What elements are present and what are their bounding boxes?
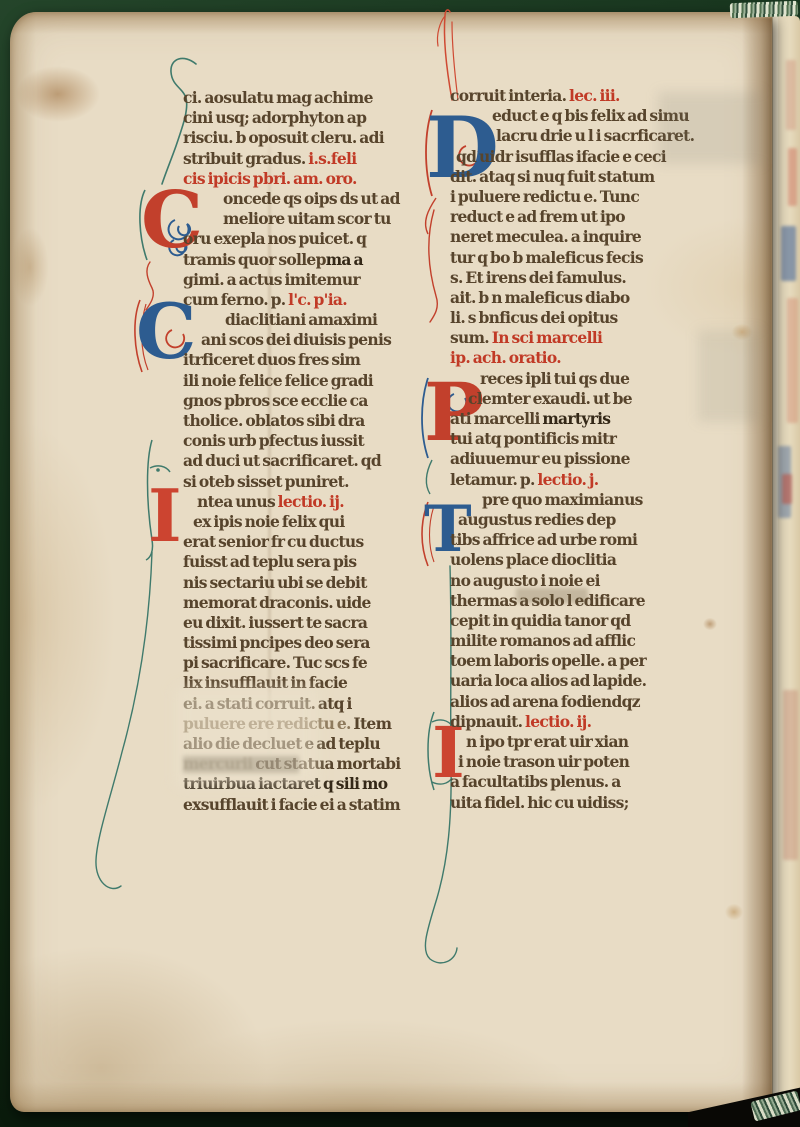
text-segment: lectio. j.: [537, 470, 598, 489]
manuscript-line: itrficeret duos fres sim: [183, 350, 433, 370]
text-segment: i.s.feli: [308, 149, 356, 168]
ink-smudge: [516, 588, 588, 603]
text-segment: tui atq pontificis mitr: [450, 429, 616, 448]
text-segment: reduct e ad frem ut ipo: [450, 207, 625, 226]
manuscript-line: exsufflauit i facie ei a statim: [183, 795, 433, 815]
text-segment: si oteb sisset puniret.: [183, 472, 349, 491]
manuscript-line: ip. ach. oratio.: [450, 348, 722, 368]
manuscript-line: tui atq pontificis mitr: [450, 429, 722, 449]
text-segment: fuisst ad teplu sera pis: [183, 552, 356, 571]
text-segment: stribuit gradus.: [183, 149, 308, 168]
text-segment: lec. iii.: [569, 86, 620, 105]
text-segment: ati marcelli: [450, 409, 542, 428]
text-segment: s. Et irens dei famulus.: [450, 268, 626, 287]
bleedthrough-mark: [788, 148, 797, 206]
initial-I-red: I: [148, 480, 188, 560]
text-segment: cepit in quidia tanor qd: [450, 611, 631, 630]
bleedthrough-mark: [787, 298, 798, 423]
manuscript-line: tholice. oblatos sibi dra: [183, 411, 433, 431]
text-segment: a facultatibs plenus. a: [450, 772, 621, 791]
text-segment: adiuuemur eu pissione: [450, 449, 630, 468]
manuscript-line: toem laboris opelle. a per: [450, 651, 722, 671]
book-photo: C C I D P: [0, 0, 800, 1127]
text-segment: gimi. a actus imitemur: [183, 270, 360, 289]
text-segment: In sci marcelli: [492, 328, 602, 347]
text-segment: nis sectariu ubi se debit: [183, 573, 367, 592]
manuscript-line: diaclitiani amaximi: [183, 310, 433, 330]
manuscript-line: adiuuemur eu pissione: [450, 449, 722, 469]
manuscript-line: dit. ataq si nuq fuit statum: [450, 167, 722, 187]
manuscript-line: cis ipicis pbri. am. oro.: [183, 169, 433, 189]
manuscript-line: ex ipis noie felix qui: [183, 512, 433, 532]
manuscript-line: ait. b n maleficus diabo: [450, 288, 722, 308]
text-segment: eu dixit. iussert te sacra: [183, 613, 367, 632]
bleedthrough-mark: [786, 60, 796, 130]
text-segment: no augusto i noie ei: [450, 571, 600, 590]
offset-stain: [658, 92, 762, 164]
text-segment: ex ipis noie felix qui: [193, 512, 345, 531]
manuscript-line: a facultatibs plenus. a: [450, 772, 722, 792]
text-segment: i noie trason uir poten: [458, 752, 629, 771]
manuscript-line: pi sacrificare. Tuc scs fe: [183, 653, 433, 673]
manuscript-line: tissimi pncipes deo sera: [183, 633, 433, 653]
manuscript-line: uolens place dioclitia: [450, 550, 722, 570]
manuscript-line: stribuit gradus. i.s.feli: [183, 149, 433, 169]
text-segment: letamur. p.: [450, 470, 537, 489]
text-segment: ip. ach. oratio.: [450, 348, 561, 367]
bleedthrough-initial: [781, 226, 796, 281]
text-segment: diaclitiani amaximi: [225, 310, 377, 329]
manuscript-line: tibs affrice ad urbe romi: [450, 530, 722, 550]
text-segment: li. s bnficus dei opitus: [450, 308, 618, 327]
text-segment: tibs affrice ad urbe romi: [450, 530, 637, 549]
text-segment: uolens place dioclitia: [450, 550, 616, 569]
text-segment: ait. b n maleficus diabo: [450, 288, 630, 307]
text-segment: qd uidr isufflas ifacie e ceci: [456, 147, 666, 166]
text-segment: dit. ataq si nuq fuit statum: [450, 167, 654, 186]
manuscript-line: nis sectariu ubi se debit: [183, 573, 433, 593]
manuscript-line: clemter exaudi. ut be: [450, 389, 722, 409]
text-segment: reces ipli tui qs due: [480, 369, 629, 388]
text-segment: pi sacrificare. Tuc scs fe: [183, 653, 367, 672]
manuscript-line: letamur. p. lectio. j.: [450, 470, 722, 490]
manuscript-line: sum. In sci marcelli: [450, 328, 722, 348]
text-segment: l'c. p'ia.: [288, 290, 347, 309]
manuscript-line: milite romanos ad afflic: [450, 631, 722, 651]
text-segment: n ipo tpr erat uir xian: [466, 732, 628, 751]
manuscript-line: ili noie felice felice gradi: [183, 371, 433, 391]
text-segment: cini usq; adorphyton ap: [183, 108, 366, 127]
manuscript-line: gimi. a actus imitemur: [183, 270, 433, 290]
manuscript-line: gnos pbros sce ecclie ca: [183, 391, 433, 411]
manuscript-line: dipnauit. lectio. ij.: [450, 712, 722, 732]
manuscript-line: ntea unus lectio. ij.: [183, 492, 433, 512]
text-segment: risciu. b oposuit cleru. adi: [183, 128, 384, 147]
manuscript-line: uita fidel. hic cu uidiss;: [450, 793, 722, 813]
manuscript-line: i noie trason uir poten: [450, 752, 722, 772]
text-segment: memorat draconis. uide: [183, 593, 371, 612]
text-segment: oncede qs oips ds ut ad: [223, 189, 400, 208]
text-segment: ntea unus: [197, 492, 278, 511]
ink-smudge: [183, 756, 299, 773]
manuscript-line: si oteb sisset puniret.: [183, 472, 433, 492]
text-segment: ad duci ut sacrificaret. qd: [183, 451, 381, 470]
text-segment: uita fidel. hic cu uidiss;: [450, 793, 629, 812]
text-segment: lectio. ij.: [278, 492, 344, 511]
text-segment: lectio. ij.: [525, 712, 591, 731]
text-segment: tissimi pncipes deo sera: [183, 633, 370, 652]
manuscript-line: n ipo tpr erat uir xian: [450, 732, 722, 752]
text-segment: tramis quor sollep: [183, 250, 326, 269]
manuscript-line: reduct e ad frem ut ipo: [450, 207, 722, 227]
text-segment: milite romanos ad afflic: [450, 631, 635, 650]
bleedthrough-text: [783, 690, 798, 860]
text-segment: conis urb pfectus iussit: [183, 431, 364, 450]
text-segment: Item: [353, 714, 391, 733]
text-segment: itrficeret duos fres sim: [183, 350, 360, 369]
text-segment: alios ad arena fodiendqz: [450, 692, 640, 711]
manuscript-line: cum ferno. p. l'c. p'ia.: [183, 290, 433, 310]
text-segment: erat senior fr cu ductus: [183, 532, 364, 551]
manuscript-line: conis urb pfectus iussit: [183, 431, 433, 451]
text-segment: neret meculea. a inquire: [450, 227, 641, 246]
text-segment: dipnauit.: [450, 712, 525, 731]
manuscript-line: memorat draconis. uide: [183, 593, 433, 613]
manuscript-line: pre quo maximianus: [450, 490, 722, 510]
manuscript-line: i puluere redictu e. Tunc: [450, 187, 722, 207]
manuscript-line: oncede qs oips ds ut ad: [183, 189, 433, 209]
manuscript-line: reces ipli tui qs due: [450, 369, 722, 389]
endband-top: [730, 1, 798, 18]
text-segment: ani scos dei diuisis penis: [201, 330, 391, 349]
manuscript-line: neret meculea. a inquire: [450, 227, 722, 247]
manuscript-line: cini usq; adorphyton ap: [183, 108, 433, 128]
text-segment: exsufflauit i facie ei a statim: [183, 795, 400, 814]
manuscript-line: eu dixit. iussert te sacra: [183, 613, 433, 633]
text-segment: ci. aosulatu mag achime: [183, 88, 373, 107]
text-segment: augustus redies dep: [458, 510, 616, 529]
text-segment: i puluere redictu e. Tunc: [450, 187, 639, 206]
text-segment: pre quo maximianus: [482, 490, 643, 509]
manuscript-line: cepit in quidia tanor qd: [450, 611, 722, 631]
text-column-right: corruit interia. lec. iii.educt e q bis …: [450, 86, 722, 813]
manuscript-line: alios ad arena fodiendqz: [450, 692, 722, 712]
manuscript-line: s. Et irens dei famulus.: [450, 268, 722, 288]
page-fold-shadow: [742, 18, 772, 1108]
text-segment: cis ipicis pbri. am. oro.: [183, 169, 357, 188]
manuscript-line: ati marcelli martyris: [450, 409, 722, 429]
bleedthrough-initial: [782, 474, 792, 504]
text-segment: ma a: [326, 250, 363, 269]
manuscript-line: uaria loca alios ad lapide.: [450, 671, 722, 691]
text-segment: gnos pbros sce ecclie ca: [183, 391, 368, 410]
manuscript-line: risciu. b oposuit cleru. adi: [183, 128, 433, 148]
text-segment: uaria loca alios ad lapide.: [450, 671, 646, 690]
text-segment: meliore uitam scor tu: [223, 209, 391, 228]
offset-stain: [698, 330, 760, 422]
manuscript-line: ci. aosulatu mag achime: [183, 88, 433, 108]
text-segment: cum ferno. p.: [183, 290, 288, 309]
initial-letter: I: [148, 480, 182, 552]
text-segment: martyris: [542, 409, 610, 428]
manuscript-line: tramis quor sollepma a: [183, 250, 433, 270]
text-segment: tholice. oblatos sibi dra: [183, 411, 365, 430]
manuscript-line: meliore uitam scor tu: [183, 209, 433, 229]
manuscript-line: ani scos dei diuisis penis: [183, 330, 433, 350]
manuscript-line: erat senior fr cu ductus: [183, 532, 433, 552]
manuscript-line: augustus redies dep: [450, 510, 722, 530]
manuscript-line: oru exepla nos puicet. q: [183, 229, 433, 249]
manuscript-line: li. s bnficus dei opitus: [450, 308, 722, 328]
text-segment: tur q bo b maleficus fecis: [450, 248, 643, 267]
manuscript-line: tur q bo b maleficus fecis: [450, 248, 722, 268]
text-segment: sum.: [450, 328, 492, 347]
text-segment: clemter exaudi. ut be: [468, 389, 632, 408]
fore-edge-strip: [770, 16, 800, 1108]
text-segment: toem laboris opelle. a per: [450, 651, 646, 670]
manuscript-line: ad duci ut sacrificaret. qd: [183, 451, 433, 471]
text-segment: ili noie felice felice gradi: [183, 371, 373, 390]
text-segment: corruit interia.: [450, 86, 569, 105]
manuscript-line: fuisst ad teplu sera pis: [183, 552, 433, 572]
text-segment: oru exepla nos puicet. q: [183, 229, 366, 248]
